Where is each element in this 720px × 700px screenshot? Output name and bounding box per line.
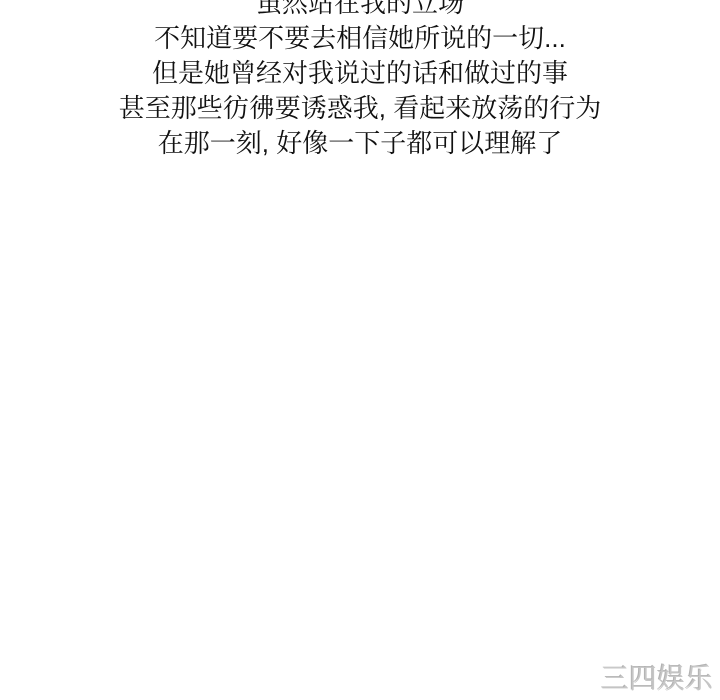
comic-text-page: 虽然站在我的立场 不知道要不要去相信她所说的一切... 但是她曾经对我说过的话和… [0,0,720,700]
caption-line-4: 甚至那些彷彿要诱惑我, 看起来放荡的行为 [0,91,720,126]
caption-text-block: 虽然站在我的立场 不知道要不要去相信她所说的一切... 但是她曾经对我说过的话和… [0,0,720,161]
watermark-text: 三四娱乐 [601,665,713,693]
caption-line-3: 但是她曾经对我说过的话和做过的事 [0,56,720,91]
caption-line-5: 在那一刻, 好像一下子都可以理解了 [0,126,720,161]
caption-line-1: 虽然站在我的立场 [0,0,720,21]
caption-line-2: 不知道要不要去相信她所说的一切... [0,21,720,56]
